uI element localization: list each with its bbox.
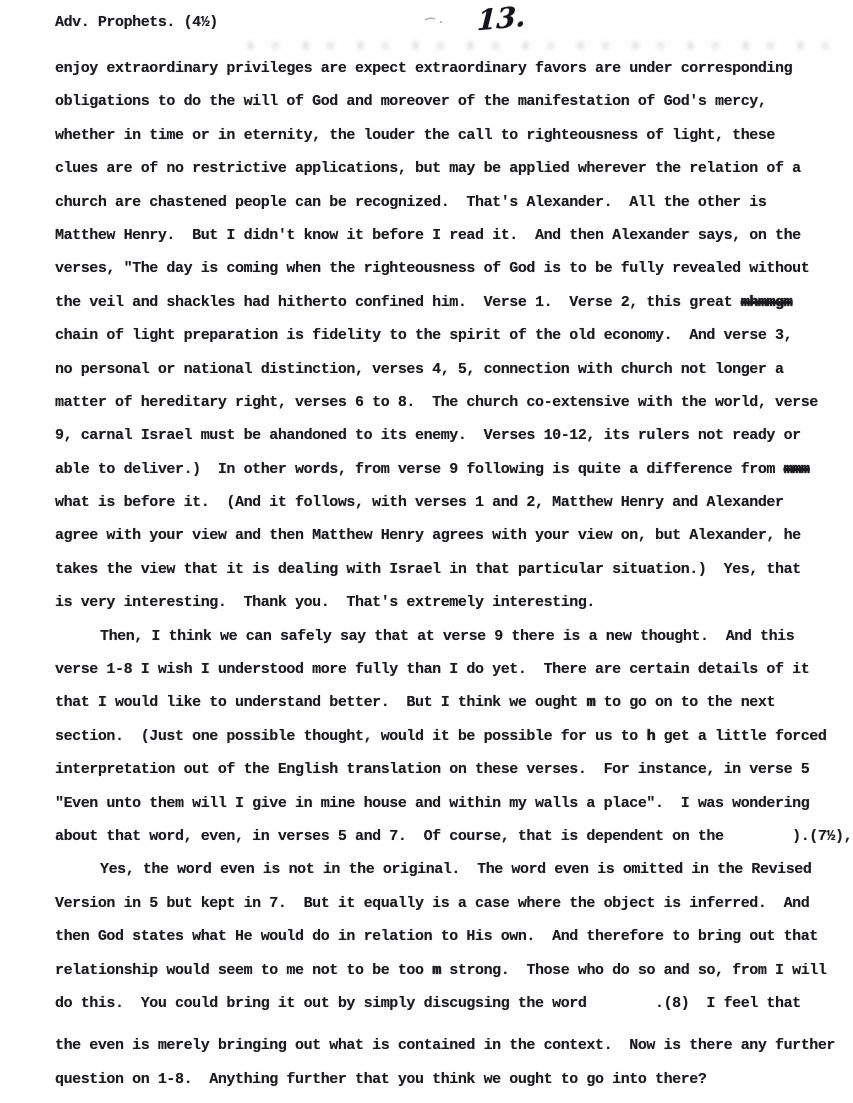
- overstruck-char: h: [646, 728, 655, 745]
- handwritten-page-number: 13.: [476, 0, 526, 37]
- text-segment: verses, "The day is coming when the righ…: [55, 260, 809, 277]
- overstruck-char: m: [586, 694, 595, 711]
- text-line: verse 1-8 I wish I understood more fully…: [55, 653, 845, 686]
- text-line: clues are of no restrictive applications…: [55, 152, 845, 185]
- text-segment: whether in time or in eternity, the loud…: [55, 127, 775, 144]
- text-line: obligations to do the will of God and mo…: [55, 85, 845, 118]
- text-line: "Even unto them will I give in mine hous…: [55, 787, 845, 820]
- text-segment: to go on to the next: [595, 694, 775, 711]
- text-segment: able to deliver.) In other words, from v…: [55, 461, 784, 478]
- text-segment: verse 1-8 I wish I understood more fully…: [55, 661, 809, 678]
- typewritten-page: Adv. Prophets. (4½) 13. enjoy extraordin…: [0, 0, 853, 1103]
- text-segment: strong. Those who do so and so, from I w…: [441, 962, 827, 979]
- text-segment: then God states what He would do in rela…: [55, 928, 818, 945]
- text-line: question on 1-8. Anything further that y…: [55, 1063, 845, 1096]
- text-segment: about that word, even, in verses 5 and 7…: [55, 828, 852, 845]
- text-line: 9, carnal Israel must be ahandoned to it…: [55, 419, 845, 452]
- text-line: Then, I think we can safely say that at …: [55, 620, 845, 653]
- text-line: the veil and shackles had hitherto confi…: [55, 286, 845, 319]
- text-line: verses, "The day is coming when the righ…: [55, 252, 845, 285]
- text-line: enjoy extraordinary privileges are expec…: [55, 52, 845, 85]
- text-segment: clues are of no restrictive applications…: [55, 160, 801, 177]
- text-segment: interpretation out of the English transl…: [55, 761, 809, 778]
- text-line: no personal or national distinction, ver…: [55, 353, 845, 386]
- text-line: interpretation out of the English transl…: [55, 753, 845, 786]
- text-segment: is very interesting. Thank you. That's e…: [55, 594, 595, 611]
- text-segment: what is before it. (And it follows, with…: [55, 494, 784, 511]
- text-segment: "Even unto them will I give in mine hous…: [55, 795, 809, 812]
- text-line: chain of light preparation is fidelity t…: [55, 319, 845, 352]
- text-segment: obligations to do the will of God and mo…: [55, 93, 766, 110]
- text-segment: the veil and shackles had hitherto confi…: [55, 294, 741, 311]
- bleed-through-artifact: [248, 42, 840, 49]
- page-header-label: Adv. Prophets. (4½): [55, 14, 218, 31]
- text-segment: do this. You could bring it out by simpl…: [55, 995, 801, 1012]
- text-segment: 9, carnal Israel must be ahandoned to it…: [55, 427, 801, 444]
- text-segment: get a little forced: [655, 728, 826, 745]
- text-line: Matthew Henry. But I didn't know it befo…: [55, 219, 845, 252]
- text-segment: no personal or national distinction, ver…: [55, 361, 784, 378]
- text-line: Yes, the word even is not in the origina…: [55, 853, 845, 886]
- text-line: agree with your view and then Matthew He…: [55, 519, 845, 552]
- text-segment: relationship would seem to me not to be …: [55, 962, 432, 979]
- text-segment: section. (Just one possible thought, wou…: [55, 728, 646, 745]
- text-segment: Yes, the word even is not in the origina…: [100, 861, 811, 878]
- text-line: do this. You could bring it out by simpl…: [55, 987, 845, 1020]
- text-line: church are chastened people can be recog…: [55, 186, 845, 219]
- text-line: takes the view that it is dealing with I…: [55, 553, 845, 586]
- pencil-mark: [424, 12, 450, 22]
- document-body: enjoy extraordinary privileges are expec…: [55, 52, 845, 1096]
- text-segment: question on 1-8. Anything further that y…: [55, 1071, 706, 1088]
- text-segment: that I would like to understand better. …: [55, 694, 586, 711]
- text-line: what is before it. (And it follows, with…: [55, 486, 845, 519]
- text-line: matter of hereditary right, verses 6 to …: [55, 386, 845, 419]
- crossed-out-word: mmm: [784, 461, 810, 478]
- text-segment: Then, I think we can safely say that at …: [100, 628, 794, 645]
- text-segment: takes the view that it is dealing with I…: [55, 561, 801, 578]
- text-segment: Matthew Henry. But I didn't know it befo…: [55, 227, 801, 244]
- text-segment: Version in 5 but kept in 7. But it equal…: [55, 895, 809, 912]
- crossed-out-word: mhmmgm: [741, 294, 792, 311]
- text-segment: agree with your view and then Matthew He…: [55, 527, 801, 544]
- text-line: able to deliver.) In other words, from v…: [55, 453, 845, 486]
- text-line: that I would like to understand better. …: [55, 686, 845, 719]
- text-segment: chain of light preparation is fidelity t…: [55, 327, 792, 344]
- text-line: Version in 5 but kept in 7. But it equal…: [55, 887, 845, 920]
- text-line: is very interesting. Thank you. That's e…: [55, 586, 845, 619]
- text-segment: matter of hereditary right, verses 6 to …: [55, 394, 818, 411]
- overstruck-char: m: [432, 962, 441, 979]
- text-segment: enjoy extraordinary privileges are expec…: [55, 60, 792, 77]
- text-line: section. (Just one possible thought, wou…: [55, 720, 845, 753]
- text-line: the even is merely bringing out what is …: [55, 1029, 845, 1062]
- text-line: about that word, even, in verses 5 and 7…: [55, 820, 845, 853]
- text-segment: church are chastened people can be recog…: [55, 194, 766, 211]
- text-segment: the even is merely bringing out what is …: [55, 1037, 835, 1054]
- text-line: then God states what He would do in rela…: [55, 920, 845, 953]
- text-line: relationship would seem to me not to be …: [55, 954, 845, 987]
- text-line: whether in time or in eternity, the loud…: [55, 119, 845, 152]
